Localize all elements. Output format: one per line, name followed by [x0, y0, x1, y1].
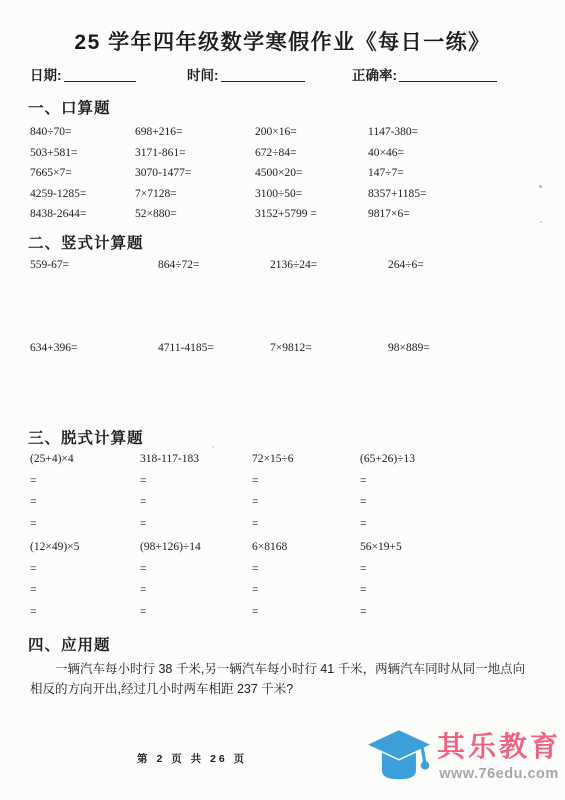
equals-blank: =	[360, 563, 542, 585]
word-problem-text: 一辆汽车每小时行 38 千米,另一辆汽车每小时行 41 千米，两辆汽车同时从同一…	[30, 659, 536, 700]
equals-blank: =	[30, 475, 140, 497]
oral-problem: 9817×6=	[368, 208, 540, 229]
time-field: 时间:	[187, 64, 305, 84]
stepwise-problem: (12×49)×5	[30, 541, 140, 563]
scan-speck	[540, 221, 542, 223]
worksheet-page: 25 学年四年级数学寒假作业《每日一练》 日期: 时间: 正确率: 一、口算题 …	[0, 0, 565, 800]
oral-problem: 503+581=	[30, 147, 135, 168]
equals-blank: =	[30, 563, 140, 585]
publisher-logo: 其乐教育 www.76edu.com	[367, 724, 561, 794]
oral-problem: 8357+1185=	[368, 188, 540, 209]
equals-blank: =	[30, 584, 140, 606]
oral-problem: 4500×20=	[255, 167, 368, 188]
oral-problem: 3152+5799 =	[255, 208, 368, 229]
equals-blank: =	[30, 606, 140, 628]
oral-problem: 698+216=	[135, 126, 255, 147]
oral-problem: 7665×7=	[30, 167, 135, 188]
equals-blank: =	[252, 496, 360, 518]
accuracy-field: 正确率:	[352, 64, 497, 84]
equals-blank: =	[252, 475, 360, 497]
section-heading-stepwise: 三、脱式计算题	[28, 426, 144, 448]
time-label: 时间:	[187, 68, 219, 83]
stepwise-group: (12×49)×5 (98+126)÷14 6×8168 56×19+5 = =…	[30, 541, 542, 627]
stepwise-problem: (25+4)×4	[30, 453, 140, 475]
meta-row: 日期: 时间: 正确率:	[30, 64, 535, 90]
stepwise-problem: (98+126)÷14	[140, 541, 252, 563]
section-heading-oral: 一、口算题	[28, 96, 111, 118]
vertical-problem: 864÷72=	[158, 259, 270, 271]
oral-problem: 3171-861=	[135, 147, 255, 168]
vertical-problem: 559-67=	[30, 259, 158, 271]
oral-problem: 8438-2644=	[30, 208, 135, 229]
page-title: 25 学年四年级数学寒假作业《每日一练》	[0, 26, 565, 56]
oral-problem: 147÷7=	[368, 167, 540, 188]
vertical-problem: 2136÷24=	[270, 259, 388, 271]
vertical-problem: 634+396=	[30, 342, 158, 354]
section-heading-vertical: 二、竖式计算题	[28, 231, 144, 253]
date-label: 日期:	[30, 68, 62, 83]
equals-blank: =	[252, 606, 360, 628]
vertical-problem: 4711-4185=	[158, 342, 270, 354]
equals-blank: =	[140, 475, 252, 497]
equals-blank: =	[360, 475, 542, 497]
accuracy-label: 正确率:	[352, 68, 397, 83]
vertical-problems-row: 559-67= 864÷72= 2136÷24= 264÷6=	[30, 259, 542, 271]
equals-blank: =	[360, 584, 542, 606]
vertical-problem: 7×9812=	[270, 342, 388, 354]
stepwise-problem: 72×15÷6	[252, 453, 360, 475]
vertical-problem: 264÷6=	[388, 259, 542, 271]
equals-blank: =	[30, 496, 140, 518]
scan-speck	[539, 185, 542, 188]
equals-blank: =	[140, 518, 252, 540]
equals-blank: =	[252, 563, 360, 585]
date-blank	[64, 68, 136, 82]
oral-problem: 3070-1477=	[135, 167, 255, 188]
oral-problem: 1147-380=	[368, 126, 540, 147]
oral-problem: 672÷84=	[255, 147, 368, 168]
equals-blank: =	[252, 584, 360, 606]
vertical-problems-row: 634+396= 4711-4185= 7×9812= 98×889=	[30, 342, 542, 354]
stepwise-group: (25+4)×4 318-117-183 72×15÷6 (65+26)÷13 …	[30, 453, 542, 539]
scan-speck	[212, 446, 214, 448]
equals-blank: =	[30, 518, 140, 540]
oral-problem: 40×46=	[368, 147, 540, 168]
equals-blank: =	[140, 496, 252, 518]
stepwise-problem: 6×8168	[252, 541, 360, 563]
page-number-indicator: 第 2 页 共 26 页	[0, 751, 384, 766]
oral-problem: 52×880=	[135, 208, 255, 229]
section-heading-word: 四、应用题	[28, 633, 111, 655]
logo-text-block: 其乐教育 www.76edu.com	[437, 724, 561, 782]
oral-problem: 3100÷50=	[255, 188, 368, 209]
logo-name: 其乐教育	[437, 733, 561, 761]
logo-url: www.76edu.com	[439, 767, 559, 782]
oral-problems-grid: 840÷70= 698+216= 200×16= 1147-380= 503+5…	[30, 126, 540, 229]
graduation-cap-icon	[367, 724, 433, 794]
oral-problem: 200×16=	[255, 126, 368, 147]
oral-problem: 7×7128=	[135, 188, 255, 209]
date-field: 日期:	[30, 64, 136, 84]
equals-blank: =	[252, 518, 360, 540]
time-blank	[221, 68, 305, 82]
oral-problem: 4259-1285=	[30, 188, 135, 209]
accuracy-blank	[399, 68, 497, 82]
stepwise-problem: (65+26)÷13	[360, 453, 542, 475]
stepwise-problem: 318-117-183	[140, 453, 252, 475]
equals-blank: =	[140, 606, 252, 628]
vertical-problem: 98×889=	[388, 342, 542, 354]
stepwise-problem: 56×19+5	[360, 541, 542, 563]
equals-blank: =	[140, 563, 252, 585]
equals-blank: =	[140, 584, 252, 606]
equals-blank: =	[360, 606, 542, 628]
equals-blank: =	[360, 496, 542, 518]
equals-blank: =	[360, 518, 542, 540]
oral-problem: 840÷70=	[30, 126, 135, 147]
